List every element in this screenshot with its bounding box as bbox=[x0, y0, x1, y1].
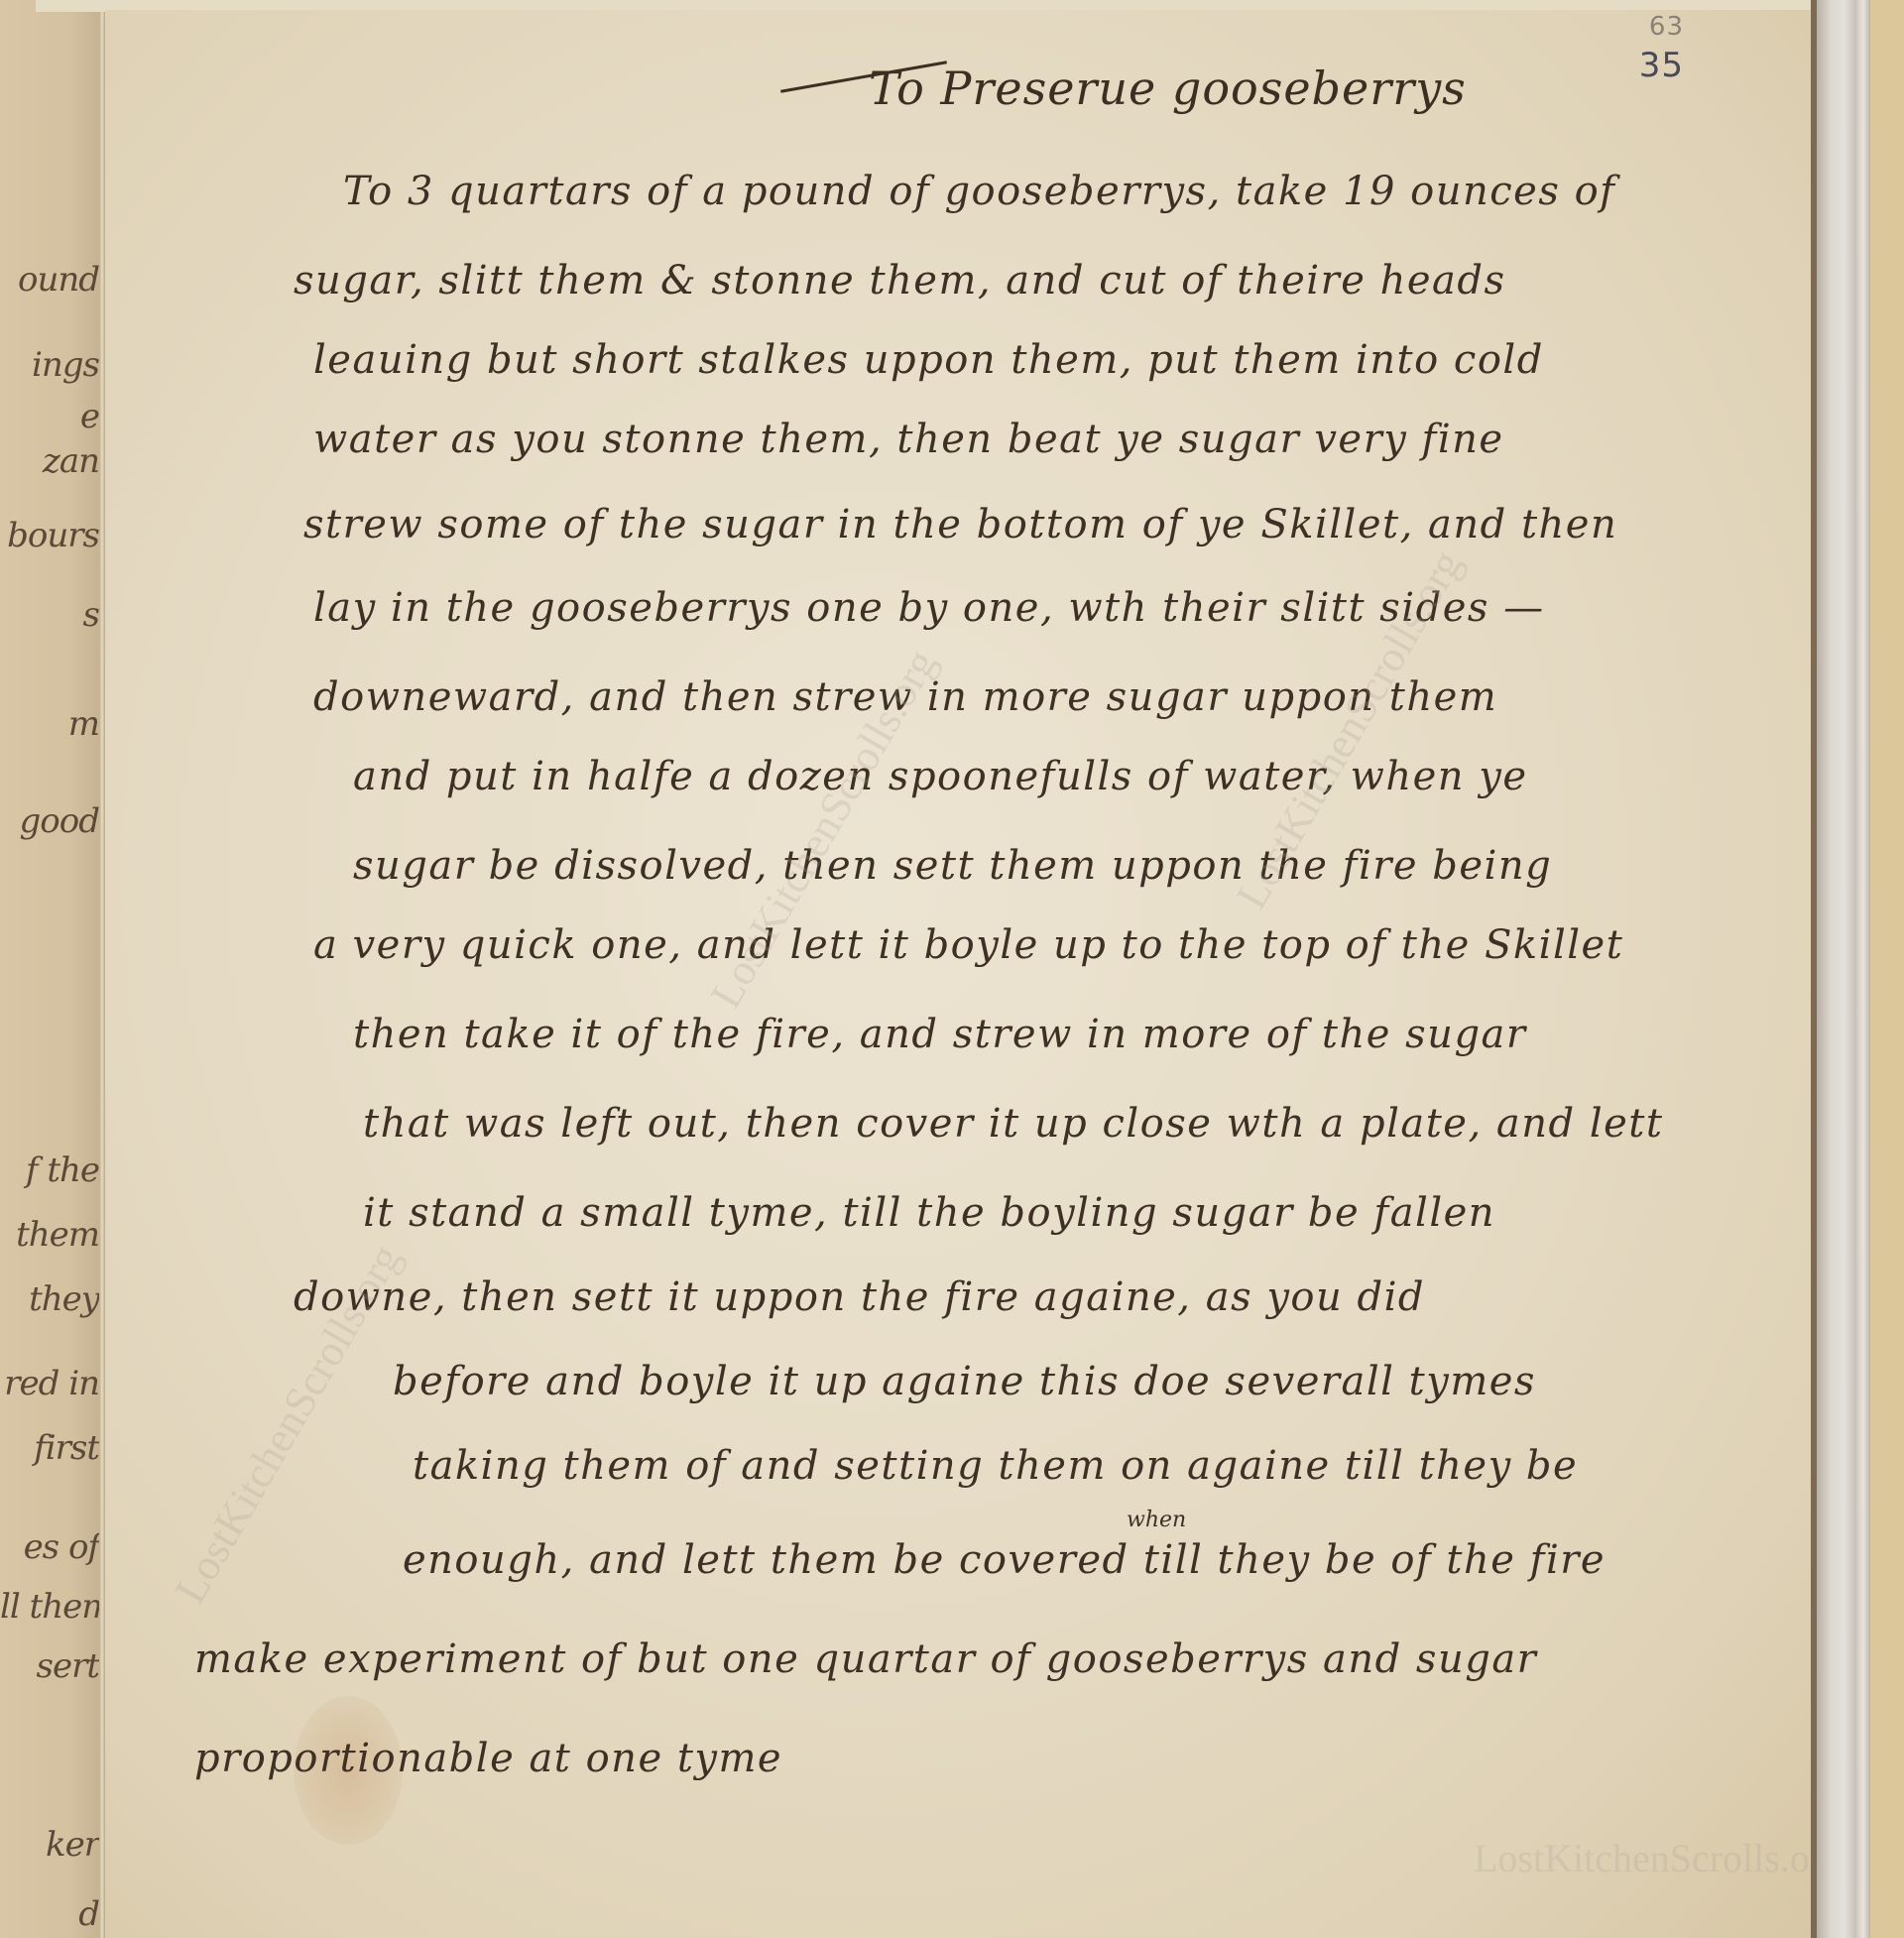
recipe-line: sugar be dissolved, then sett them uppon… bbox=[353, 843, 1552, 889]
watermark-corner: LostKitchenScrolls.org bbox=[1474, 1835, 1842, 1881]
facing-page: ound ings e zan bours s m good f the the… bbox=[0, 0, 101, 1938]
facing-text-fragment: good bbox=[0, 801, 99, 841]
recipe-line: To 3 quartars of a pound of gooseberrys,… bbox=[343, 169, 1615, 214]
facing-text-fragment: f the bbox=[0, 1151, 99, 1190]
recipe-line: enough, and lett them be covered till th… bbox=[403, 1537, 1606, 1583]
manuscript-page: 63 35 To Preserue gooseberrys To 3 quart… bbox=[105, 10, 1813, 1938]
facing-text-fragment: bours bbox=[0, 516, 99, 555]
recipe-line: taking them of and setting them on again… bbox=[413, 1443, 1578, 1489]
mount-strip-inner bbox=[1856, 0, 1870, 1938]
facing-text-fragment: first bbox=[0, 1428, 99, 1468]
facing-text-fragment: ll them bbox=[0, 1587, 99, 1627]
recipe-line: make experiment of but one quartar of go… bbox=[194, 1636, 1537, 1682]
facing-text-fragment: zan bbox=[0, 441, 99, 481]
recipe-line: sugar, slitt them & stonne them, and cut… bbox=[294, 258, 1506, 303]
recipe-line: a very quick one, and lett it boyle up t… bbox=[313, 922, 1623, 968]
binding-board bbox=[1870, 0, 1904, 1938]
facing-text-fragment: m bbox=[0, 704, 99, 744]
facing-text-fragment: s bbox=[0, 595, 99, 635]
recipe-line: and put in halfe a dozen spoonefulls of … bbox=[353, 754, 1528, 799]
recipe-line: then take it of the fire, and strew in m… bbox=[353, 1012, 1527, 1057]
facing-text-fragment: e bbox=[0, 397, 99, 436]
interlinear-insertion: when bbox=[1127, 1508, 1186, 1532]
facing-text-fragment: ker bbox=[0, 1825, 99, 1865]
facing-text-fragment: red in bbox=[0, 1364, 99, 1403]
facing-text-fragment: es of bbox=[0, 1527, 99, 1567]
recipe-line: downe, then sett it uppon the fire again… bbox=[294, 1274, 1425, 1320]
recipe-line: lay in the gooseberrys one by one, wth t… bbox=[313, 585, 1545, 631]
facing-text-fragment: ings bbox=[0, 345, 99, 385]
recipe-line: that was left out, then cover it up clos… bbox=[363, 1101, 1663, 1147]
folio-number-ink: 35 bbox=[1639, 46, 1684, 85]
recipe-title: To Preserue gooseberrys bbox=[869, 61, 1467, 115]
facing-text-fragment: they bbox=[0, 1279, 99, 1319]
recipe-line: downeward, and then strew in more sugar … bbox=[313, 674, 1497, 720]
recipe-line: strew some of the sugar in the bottom of… bbox=[303, 502, 1617, 547]
facing-text-fragment: sert bbox=[0, 1646, 99, 1686]
recipe-line: it stand a small tyme, till the boyling … bbox=[363, 1190, 1495, 1236]
folio-number-pencil: 63 bbox=[1649, 12, 1684, 42]
facing-text-fragment: them bbox=[0, 1215, 99, 1255]
recipe-line: leauing but short stalkes uppon them, pu… bbox=[313, 337, 1544, 383]
mount-strip bbox=[1817, 0, 1856, 1938]
facing-text-fragment: d bbox=[0, 1894, 99, 1934]
recipe-line: before and boyle it up againe this doe s… bbox=[393, 1359, 1536, 1404]
facing-text-fragment: ound bbox=[0, 260, 99, 300]
recipe-line: water as you stonne them, then beat ye s… bbox=[313, 417, 1504, 462]
recipe-line: proportionable at one tyme bbox=[194, 1736, 782, 1781]
